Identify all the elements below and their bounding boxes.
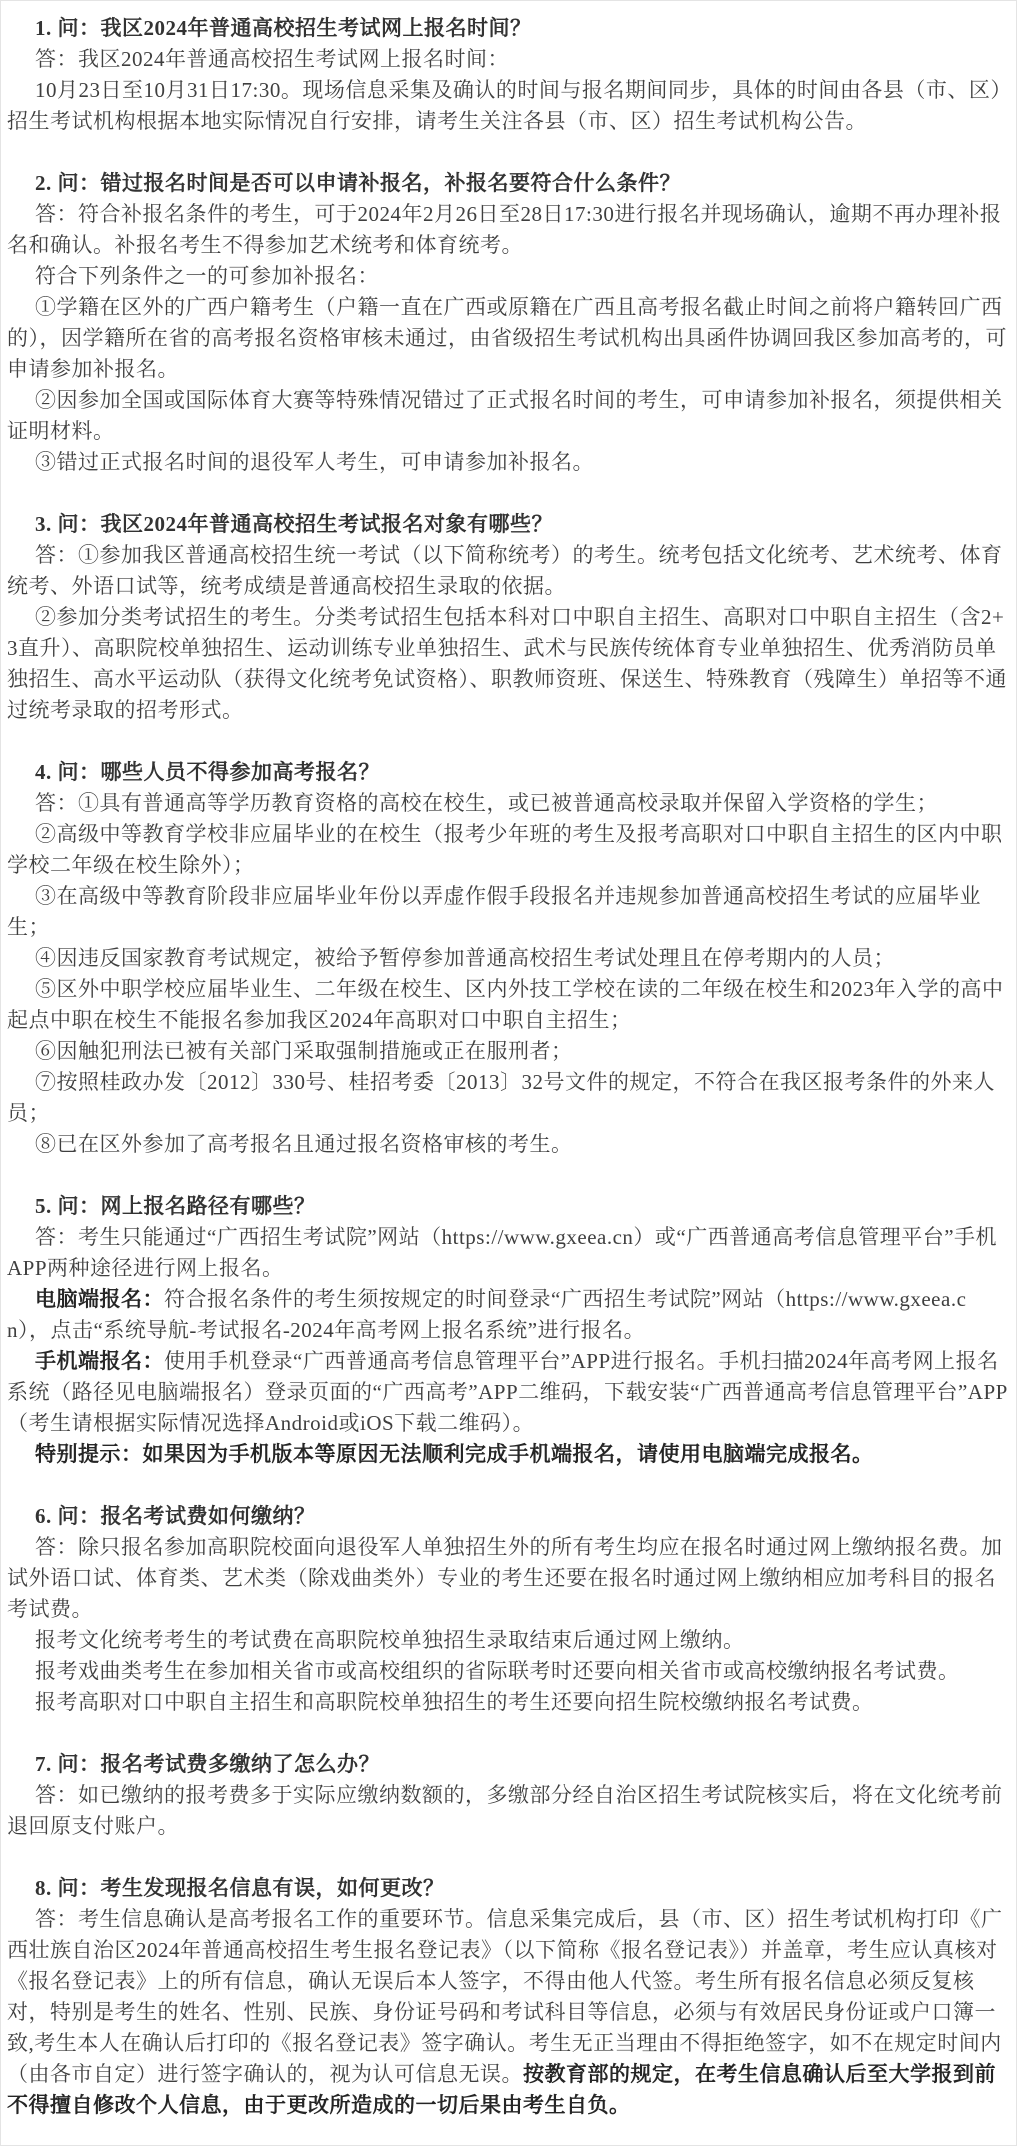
body-text: 答：考生信息确认是高考报名工作的重要环节。信息采集完成后，县（市、区）招生考试机… xyxy=(7,1907,1003,2086)
answer-paragraph: ⑧已在区外参加了高考报名且通过报名资格审核的考生。 xyxy=(7,1129,1009,1160)
question-heading: 8. 问：考生发现报名信息有误，如何更改？ xyxy=(7,1873,1009,1904)
answer-paragraph: 手机端报名：使用手机登录“广西普通高考信息管理平台”APP进行报名。手机扫描20… xyxy=(7,1346,1009,1439)
question-heading: 2. 问：错过报名时间是否可以申请补报名，补报名要符合什么条件？ xyxy=(7,168,1009,199)
question-heading: 3. 问：我区2024年普通高校招生考试报名对象有哪些？ xyxy=(7,509,1009,540)
answer-paragraph: ③错过正式报名时间的退役军人考生，可申请参加补报名。 xyxy=(7,447,1009,478)
body-text: ⑤区外中职学校应届毕业生、二年级在校生、区内外技工学校在读的二年级在校生和202… xyxy=(7,977,1004,1032)
question-heading: 4. 问：哪些人员不得参加高考报名？ xyxy=(7,757,1009,788)
body-text: ⑦按照桂政办发〔2012〕330号、桂招考委〔2013〕32号文件的规定，不符合… xyxy=(7,1070,995,1125)
answer-paragraph: 答：①参加我区普通高校招生统一考试（以下简称统考）的考生。统考包括文化统考、艺术… xyxy=(7,540,1009,602)
faq-section: 3. 问：我区2024年普通高校招生考试报名对象有哪些？答：①参加我区普通高校招… xyxy=(7,509,1009,726)
faq-section: 4. 问：哪些人员不得参加高考报名？答：①具有普通高等学历教育资格的高校在校生，… xyxy=(7,757,1009,1160)
answer-paragraph: 答：我区2024年普通高校招生考试网上报名时间： xyxy=(7,44,1009,75)
body-text: ④因违反国家教育考试规定，被给予暂停参加普通高校招生考试处理且在停考期内的人员； xyxy=(35,946,895,970)
body-text: 答：除只报名参加高职院校面向退役军人单独招生外的所有考生均应在报名时通过网上缴纳… xyxy=(7,1535,1003,1621)
faq-section: 6. 问：报名考试费如何缴纳？答：除只报名参加高职院校面向退役军人单独招生外的所… xyxy=(7,1501,1009,1718)
body-text: ③错过正式报名时间的退役军人考生，可申请参加补报名。 xyxy=(35,450,594,474)
body-text: ①学籍在区外的广西户籍考生（户籍一直在广西或原籍在广西且高考报名截止时间之前将户… xyxy=(7,295,1007,381)
answer-paragraph: ②高级中等教育学校非应届毕业的在校生（报考少年班的考生及报考高职对口中职自主招生… xyxy=(7,819,1009,881)
answer-paragraph: ④因违反国家教育考试规定，被给予暂停参加普通高校招生考试处理且在停考期内的人员； xyxy=(7,943,1009,974)
emphasized-text: 手机端报名： xyxy=(35,1349,164,1373)
body-text: 报考文化统考考生的考试费在高职院校单独招生录取结束后通过网上缴纳。 xyxy=(35,1628,745,1652)
question-heading: 5. 问：网上报名路径有哪些？ xyxy=(7,1191,1009,1222)
answer-paragraph: 答：考生只能通过“广西招生考试院”网站（https://www.gxeea.cn… xyxy=(7,1222,1009,1284)
answer-paragraph: ⑥因触犯刑法已被有关部门采取强制措施或正在服刑者； xyxy=(7,1036,1009,1067)
body-text: 答：①参加我区普通高校招生统一考试（以下简称统考）的考生。统考包括文化统考、艺术… xyxy=(7,543,1003,598)
answer-paragraph: 报考高职对口中职自主招生和高职院校单独招生的考生还要向招生院校缴纳报名考试费。 xyxy=(7,1687,1009,1718)
body-text: ②因参加全国或国际体育大赛等特殊情况错过了正式报名时间的考生，可申请参加补报名，… xyxy=(7,388,1003,443)
body-text: 报考高职对口中职自主招生和高职院校单独招生的考生还要向招生院校缴纳报名考试费。 xyxy=(35,1690,874,1714)
answer-paragraph: 答：如已缴纳的报考费多于实际应缴纳数额的，多缴部分经自治区招生考试院核实后，将在… xyxy=(7,1780,1009,1842)
question-heading: 7. 问：报名考试费多缴纳了怎么办？ xyxy=(7,1749,1009,1780)
body-text: 符合下列条件之一的可参加补报名： xyxy=(35,264,379,288)
question-heading: 6. 问：报名考试费如何缴纳？ xyxy=(7,1501,1009,1532)
faq-section: 7. 问：报名考试费多缴纳了怎么办？答：如已缴纳的报考费多于实际应缴纳数额的，多… xyxy=(7,1749,1009,1842)
body-text: ②高级中等教育学校非应届毕业的在校生（报考少年班的考生及报考高职对口中职自主招生… xyxy=(7,822,1003,877)
body-text: ⑥因触犯刑法已被有关部门采取强制措施或正在服刑者； xyxy=(35,1039,573,1063)
body-text: 答：符合补报名条件的考生，可于2024年2月26日至28日17:30进行报名并现… xyxy=(7,202,1001,257)
question-heading: 1. 问：我区2024年普通高校招生考试网上报名时间？ xyxy=(7,13,1009,44)
body-text: 答：我区2024年普通高校招生考试网上报名时间： xyxy=(35,47,509,71)
emphasized-text: 电脑端报名： xyxy=(35,1287,164,1311)
answer-paragraph: ③在高级中等教育阶段非应届毕业年份以弄虚作假手段报名并违规参加普通高校招生考试的… xyxy=(7,881,1009,943)
answer-paragraph: ②因参加全国或国际体育大赛等特殊情况错过了正式报名时间的考生，可申请参加补报名，… xyxy=(7,385,1009,447)
answer-paragraph: 报考文化统考考生的考试费在高职院校单独招生录取结束后通过网上缴纳。 xyxy=(7,1625,1009,1656)
faq-section: 2. 问：错过报名时间是否可以申请补报名，补报名要符合什么条件？答：符合补报名条… xyxy=(7,168,1009,478)
body-text: ⑧已在区外参加了高考报名且通过报名资格审核的考生。 xyxy=(35,1132,573,1156)
answer-paragraph: 答：符合补报名条件的考生，可于2024年2月26日至28日17:30进行报名并现… xyxy=(7,199,1009,261)
answer-paragraph: 符合下列条件之一的可参加补报名： xyxy=(7,261,1009,292)
answer-paragraph: 10月23日至10月31日17:30。现场信息采集及确认的时间与报名期间同步，具… xyxy=(7,75,1009,137)
body-text: 答：①具有普通高等学历教育资格的高校在校生，或已被普通高校录取并保留入学资格的学… xyxy=(35,791,938,815)
body-text: 答：如已缴纳的报考费多于实际应缴纳数额的，多缴部分经自治区招生考试院核实后，将在… xyxy=(7,1783,1003,1838)
body-text: 报考戏曲类考生在参加相关省市或高校组织的省际联考时还要向相关省市或高校缴纳报名考… xyxy=(35,1659,960,1683)
faq-document: 1. 问：我区2024年普通高校招生考试网上报名时间？答：我区2024年普通高校… xyxy=(0,0,1017,2146)
body-text: 答：考生只能通过“广西招生考试院”网站（https://www.gxeea.cn… xyxy=(7,1225,997,1280)
body-text: ②参加分类考试招生的考生。分类考试招生包括本科对口中职自主招生、高职对口中职自主… xyxy=(7,605,1007,722)
answer-paragraph: ①学籍在区外的广西户籍考生（户籍一直在广西或原籍在广西且高考报名截止时间之前将户… xyxy=(7,292,1009,385)
body-text: 10月23日至10月31日17:30。现场信息采集及确认的时间与报名期间同步，具… xyxy=(7,78,1001,133)
emphasized-text: 特别提示：如果因为手机版本等原因无法顺利完成手机端报名，请使用电脑端完成报名。 xyxy=(35,1442,874,1466)
answer-paragraph: ⑤区外中职学校应届毕业生、二年级在校生、区内外技工学校在读的二年级在校生和202… xyxy=(7,974,1009,1036)
faq-section: 5. 问：网上报名路径有哪些？答：考生只能通过“广西招生考试院”网站（https… xyxy=(7,1191,1009,1470)
answer-paragraph: 电脑端报名：符合报名条件的考生须按规定的时间登录“广西招生考试院”网站（http… xyxy=(7,1284,1009,1346)
answer-paragraph: 特别提示：如果因为手机版本等原因无法顺利完成手机端报名，请使用电脑端完成报名。 xyxy=(7,1439,1009,1470)
faq-section: 8. 问：考生发现报名信息有误，如何更改？答：考生信息确认是高考报名工作的重要环… xyxy=(7,1873,1009,2121)
answer-paragraph: 答：①具有普通高等学历教育资格的高校在校生，或已被普通高校录取并保留入学资格的学… xyxy=(7,788,1009,819)
answer-paragraph: 报考戏曲类考生在参加相关省市或高校组织的省际联考时还要向相关省市或高校缴纳报名考… xyxy=(7,1656,1009,1687)
answer-paragraph: ②参加分类考试招生的考生。分类考试招生包括本科对口中职自主招生、高职对口中职自主… xyxy=(7,602,1009,726)
answer-paragraph: ⑦按照桂政办发〔2012〕330号、桂招考委〔2013〕32号文件的规定，不符合… xyxy=(7,1067,1009,1129)
faq-section: 1. 问：我区2024年普通高校招生考试网上报名时间？答：我区2024年普通高校… xyxy=(7,13,1009,137)
answer-paragraph: 答：考生信息确认是高考报名工作的重要环节。信息采集完成后，县（市、区）招生考试机… xyxy=(7,1904,1009,2121)
body-text: ③在高级中等教育阶段非应届毕业年份以弄虚作假手段报名并违规参加普通高校招生考试的… xyxy=(7,884,981,939)
answer-paragraph: 答：除只报名参加高职院校面向退役军人单独招生外的所有考生均应在报名时通过网上缴纳… xyxy=(7,1532,1009,1625)
